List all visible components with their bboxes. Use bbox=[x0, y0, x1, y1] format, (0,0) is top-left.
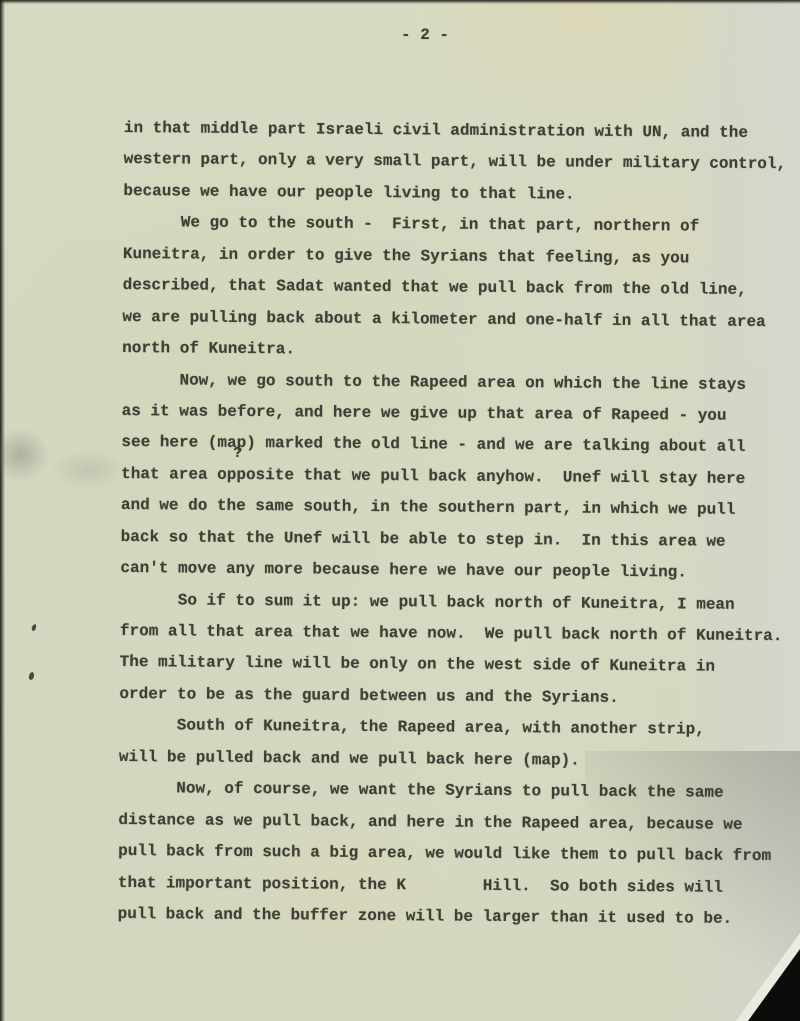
page-number: - 2 - bbox=[401, 26, 449, 44]
margin-smudge bbox=[0, 426, 52, 484]
document-line: pull back from such a big area, we would… bbox=[118, 836, 800, 873]
document-line: Now, of course, we want the Syrians to p… bbox=[119, 773, 800, 810]
document-line: pull back and the buffer zone will be la… bbox=[118, 899, 800, 936]
ink-speck bbox=[31, 624, 37, 632]
typed-question-mark-annotation: ? bbox=[233, 447, 242, 461]
document-line: can't move any more because here we have… bbox=[120, 553, 800, 590]
document-line: We go to the south - First, in that part… bbox=[123, 207, 800, 244]
document-line: South of Kuneitra, the Rapeed area, with… bbox=[119, 710, 800, 747]
scan-edge-top bbox=[0, 0, 800, 4]
document-line: north of Kuneitra. bbox=[122, 333, 800, 370]
document-text: in that middle part Israeli civil admini… bbox=[118, 113, 800, 936]
scanned-document-page: - 2 - in that middle part Israeli civil … bbox=[0, 0, 800, 1021]
scan-edge-left bbox=[0, 0, 5, 1021]
margin-smudge bbox=[48, 448, 128, 492]
document-line: see here (map) marked the old line - and… bbox=[121, 427, 800, 464]
document-line: described, that Sadat wanted that we pul… bbox=[123, 270, 800, 307]
ink-speck bbox=[28, 672, 34, 681]
document-line: and we do the same south, in the souther… bbox=[121, 490, 800, 527]
